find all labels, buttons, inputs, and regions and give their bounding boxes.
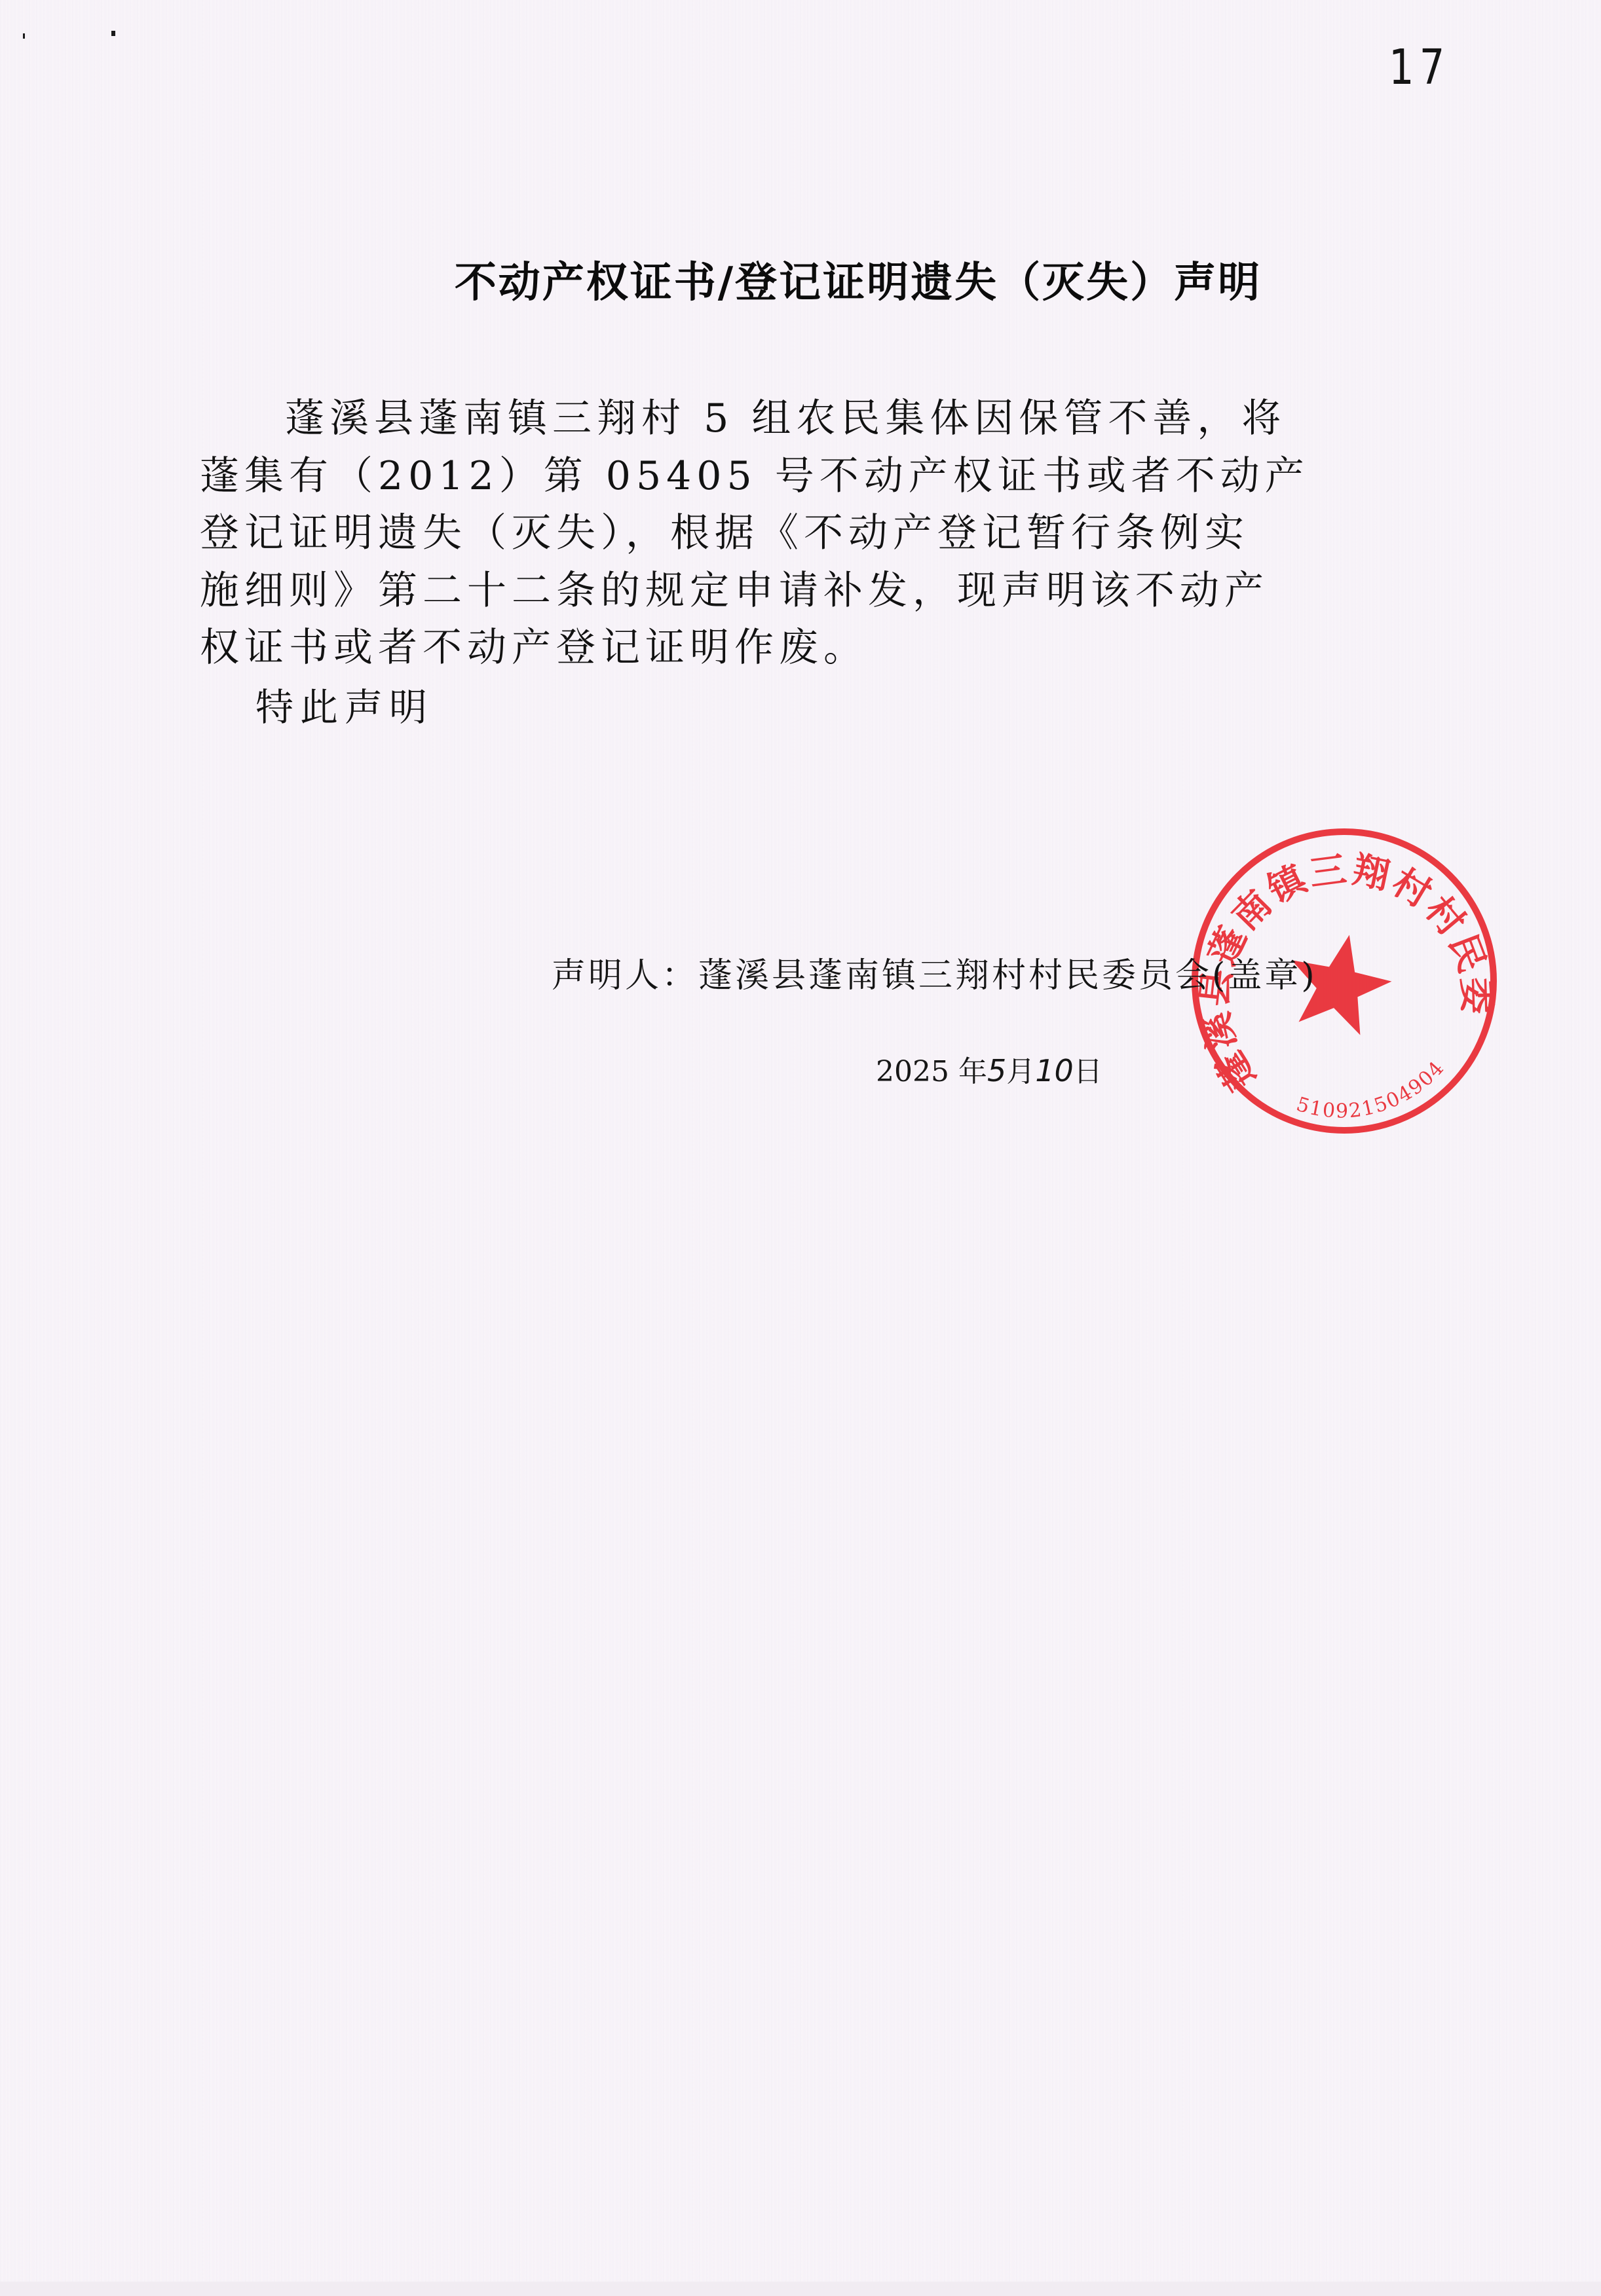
date-month-handwritten: 5 bbox=[987, 1053, 1006, 1088]
closing-phrase: 特此声明 bbox=[255, 681, 434, 733]
statement-body: 蓬溪县蓬南镇三翔村 5 组农民集体因保管不善，将 蓬集有（2012）第 0540… bbox=[200, 390, 1461, 677]
date-day-unit: 日 bbox=[1074, 1055, 1102, 1088]
scan-mark bbox=[23, 33, 25, 39]
body-line: 施细则》第二十二条的规定申请补发，现声明该不动产 bbox=[200, 563, 1461, 620]
scan-mark bbox=[111, 31, 115, 36]
document-title: 不动产权证书/登记证明遗失（灭失）声明 bbox=[393, 257, 1323, 309]
date-month-unit: 月 bbox=[1006, 1055, 1035, 1088]
seal-note: (盖章) bbox=[1212, 956, 1317, 995]
body-line: 权证书或者不动产登记证明作废。 bbox=[200, 620, 1461, 677]
signer-line: 声明人：蓬溪县蓬南镇三翔村村民委员会(盖章) bbox=[552, 951, 1317, 1001]
date-year: 2025 bbox=[876, 1055, 949, 1088]
signer-name: 蓬溪县蓬南镇三翔村村民委员会 bbox=[698, 956, 1212, 995]
body-line: 登记证明遗失（灭失），根据《不动产登记暂行条例实 bbox=[200, 505, 1461, 563]
seal-number: 510921504904 bbox=[1294, 1056, 1450, 1123]
signing-date: 2025 年5月10日 bbox=[876, 1050, 1102, 1093]
body-line: 蓬集有（2012）第 05405 号不动产权证书或者不动产 bbox=[200, 448, 1461, 506]
date-year-unit: 年 bbox=[958, 1055, 987, 1088]
scan-edge bbox=[0, 2282, 1601, 2296]
date-day-handwritten: 10 bbox=[1035, 1053, 1074, 1088]
handwritten-page-number: 17 bbox=[1389, 43, 1450, 92]
paper-texture bbox=[0, 0, 1601, 2296]
signer-label: 声明人： bbox=[552, 956, 698, 995]
body-line: 蓬溪县蓬南镇三翔村 5 组农民集体因保管不善，将 bbox=[200, 390, 1461, 448]
